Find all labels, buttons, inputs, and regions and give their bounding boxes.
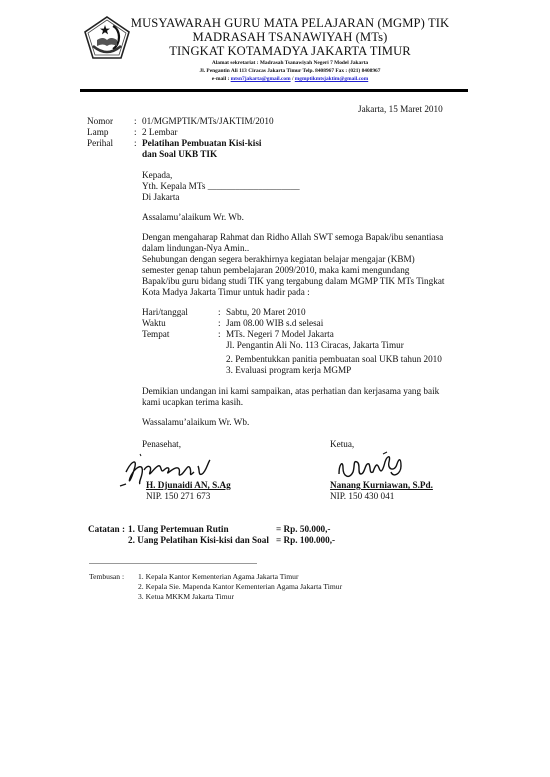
body-line-6: Kota Madya Jakarta Timur untuk hadir pad… bbox=[142, 287, 310, 298]
cc-item-1: 1. Kepala Kantor Kementerian Agama Jakar… bbox=[138, 572, 298, 582]
email-prefix: e-mail : bbox=[212, 76, 231, 82]
body-line-1: Dengan mengaharap Rahmat dan Ridho Allah… bbox=[142, 232, 443, 243]
note-item-2: 2. Uang Pelatihan Kisi-kisi dan Soal bbox=[128, 535, 269, 546]
meta-label-perihal: Perihal bbox=[87, 138, 113, 149]
address-line-2: Jl. Pengantin Ali 113 Ciracas Jakarta Ti… bbox=[130, 67, 450, 75]
org-title-line-2: MADRASAH TSANAWIYAH (MTs) bbox=[130, 30, 450, 44]
footer-divider bbox=[89, 563, 257, 564]
notes-label: Catatan : bbox=[88, 524, 125, 535]
event-address: Jl. Pengantin Ali No. 113 Ciracas, Jakar… bbox=[226, 340, 404, 351]
org-title-line-3: TINGKAT KOTAMADYA JAKARTA TIMUR bbox=[130, 44, 450, 58]
recipient-line-1: Kepada, bbox=[142, 170, 172, 181]
org-title-line-1: MUSYAWARAH GURU MATA PELAJARAN (MGMP) TI… bbox=[130, 16, 450, 30]
event-value-place: MTs. Negeri 7 Model Jakarta bbox=[226, 329, 334, 340]
event-sep: : bbox=[218, 307, 221, 318]
signer-right-nip: NIP. 150 430 041 bbox=[330, 491, 394, 502]
meta-value-perihal: Pelatihan Pembuatan Kisi-kisi bbox=[142, 138, 261, 149]
event-sep: : bbox=[218, 318, 221, 329]
meta-value-lamp: 2 Lembar bbox=[142, 127, 177, 138]
place-date: Jakarta, 15 Maret 2010 bbox=[358, 104, 443, 115]
meta-sep: : bbox=[134, 138, 137, 149]
farewell: Wassalamu’alaikum Wr. Wb. bbox=[142, 417, 249, 428]
signer-left-nip: NIP. 150 271 673 bbox=[146, 491, 210, 502]
cc-label: Tembusan : bbox=[89, 572, 124, 582]
email-line: e-mail : mtsn7jakarta@gmail.com / mgmpti… bbox=[130, 75, 450, 83]
body-line-5: Bapak/ibu guru bidang studi TIK yang ter… bbox=[142, 276, 444, 287]
signer-left-name: H. Djunaidi AN, S.Ag bbox=[146, 480, 231, 491]
signer-left-role: Penasehat, bbox=[142, 439, 181, 450]
greeting: Assalamu’alaikum Wr. Wb. bbox=[142, 212, 244, 223]
letter-page: MUSYAWARAH GURU MATA PELAJARAN (MGMP) TI… bbox=[0, 0, 550, 777]
meta-sep: : bbox=[134, 116, 137, 127]
closing-line-1: Demikian undangan ini kami sampaikan, at… bbox=[142, 386, 439, 397]
recipient-line-2: Yth. Kepala MTs ____________________ bbox=[142, 181, 300, 192]
agenda-item-2: 2. Pembentukkan panitia pembuatan soal U… bbox=[226, 354, 442, 365]
event-value-date: Sabtu, 20 Maret 2010 bbox=[226, 307, 306, 318]
agenda-item-3: 3. Evaluasi program kerja MGMP bbox=[226, 365, 351, 376]
note-amount-2: = Rp. 100.000,- bbox=[276, 535, 335, 546]
event-value-time: Jam 08.00 WIB s.d selesai bbox=[226, 318, 323, 329]
body-line-2: dalam lindungan-Nya Amin.. bbox=[142, 243, 249, 254]
cc-item-2: 2. Kepala Sie. Mapenda Kantor Kementeria… bbox=[138, 582, 342, 592]
meta-sep: : bbox=[134, 127, 137, 138]
emblem-icon bbox=[83, 16, 131, 60]
email-link-1[interactable]: mtsn7jakarta@gmail.com bbox=[231, 76, 291, 82]
closing-line-2: kami ucapkan terima kasih. bbox=[142, 397, 243, 408]
meta-label-lamp: Lamp bbox=[87, 127, 108, 138]
email-link-2[interactable]: mgmptikmtsjaktim@gmail.com bbox=[295, 76, 368, 82]
body-line-3: Sehubungan dengan segera berakhirnya keg… bbox=[142, 254, 415, 265]
event-sep: : bbox=[218, 329, 221, 340]
meta-value-perihal-line-2: dan Soal UKB TIK bbox=[142, 149, 217, 160]
note-item-1: 1. Uang Pertemuan Rutin bbox=[128, 524, 229, 535]
event-label-date: Hari/tanggal bbox=[142, 307, 188, 318]
recipient-line-3: Di Jakarta bbox=[142, 192, 180, 203]
note-amount-1: = Rp. 50.000,- bbox=[276, 524, 331, 535]
address-line-1: Alamat sekretariat : Madrasah Tsanawiyah… bbox=[130, 59, 450, 67]
event-label-place: Tempat bbox=[142, 329, 169, 340]
body-line-4: semester genap tahun pembelajaran 2009/2… bbox=[142, 265, 409, 276]
cc-item-3: 3. Ketua MKKM Jakarta Timur bbox=[138, 592, 234, 602]
event-label-time: Waktu bbox=[142, 318, 166, 329]
meta-value-nomor: 01/MGMPTIK/MTs/JAKTIM/2010 bbox=[142, 116, 274, 127]
signer-right-name: Nanang Kurniawan, S.Pd. bbox=[330, 480, 433, 491]
header-rule bbox=[80, 89, 468, 92]
meta-label-nomor: Nomor bbox=[87, 116, 113, 127]
